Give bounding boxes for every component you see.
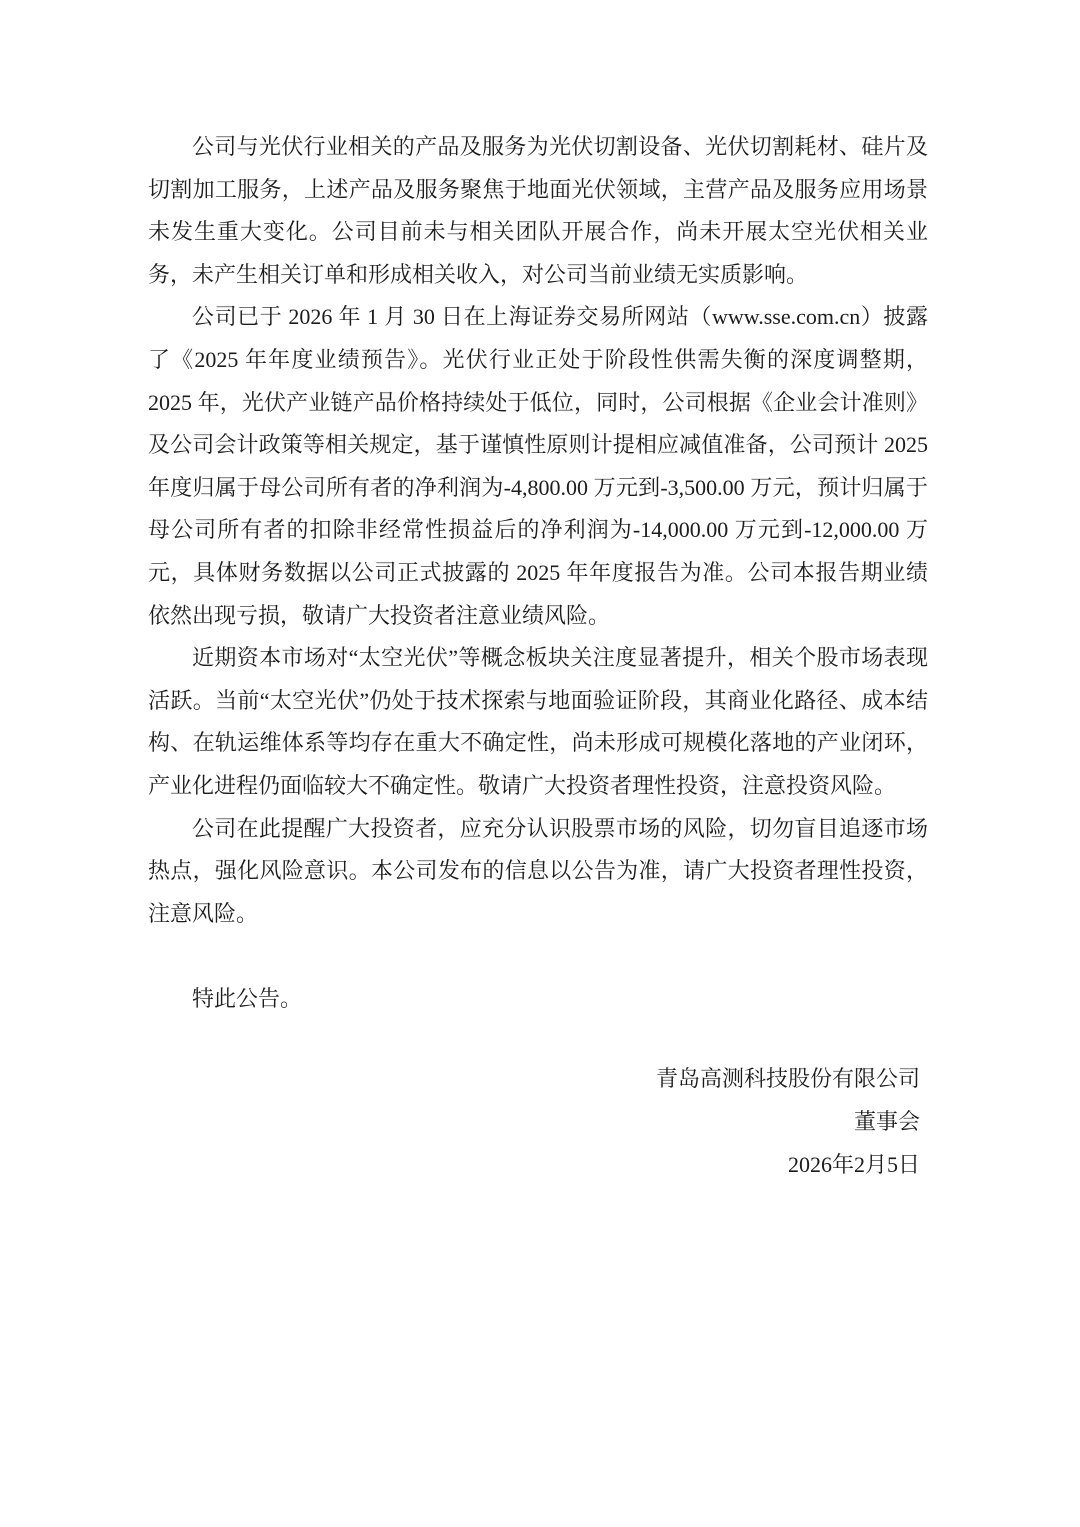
signature-company-name: 青岛高测科技股份有限公司 [148,1058,920,1101]
paragraph-business-scope: 公司与光伏行业相关的产品及服务为光伏切割设备、光伏切割耗材、硅片及切割加工服务，… [148,126,928,296]
signature-board: 董事会 [148,1101,920,1144]
announcement-body: 公司与光伏行业相关的产品及服务为光伏切割设备、光伏切割耗材、硅片及切割加工服务，… [0,0,1080,1186]
announcement-page: 公司与光伏行业相关的产品及服务为光伏切割设备、光伏切割耗材、硅片及切割加工服务，… [0,0,1080,1527]
signature-block: 青岛高测科技股份有限公司 董事会 2026年2月5日 [148,1058,928,1186]
paragraph-market-risk: 近期资本市场对“太空光伏”等概念板块关注度显著提升，相关个股市场表现活跃。当前“… [148,637,928,807]
paragraph-investor-reminder: 公司在此提醒广大投资者，应充分认识股票市场的风险，切勿盲目追逐市场热点，强化风险… [148,808,928,936]
paragraph-earnings-forecast: 公司已于 2026 年 1 月 30 日在上海证券交易所网站（www.sse.c… [148,296,928,637]
signature-date: 2026年2月5日 [148,1144,920,1187]
closing-statement: 特此公告。 [148,978,928,1021]
